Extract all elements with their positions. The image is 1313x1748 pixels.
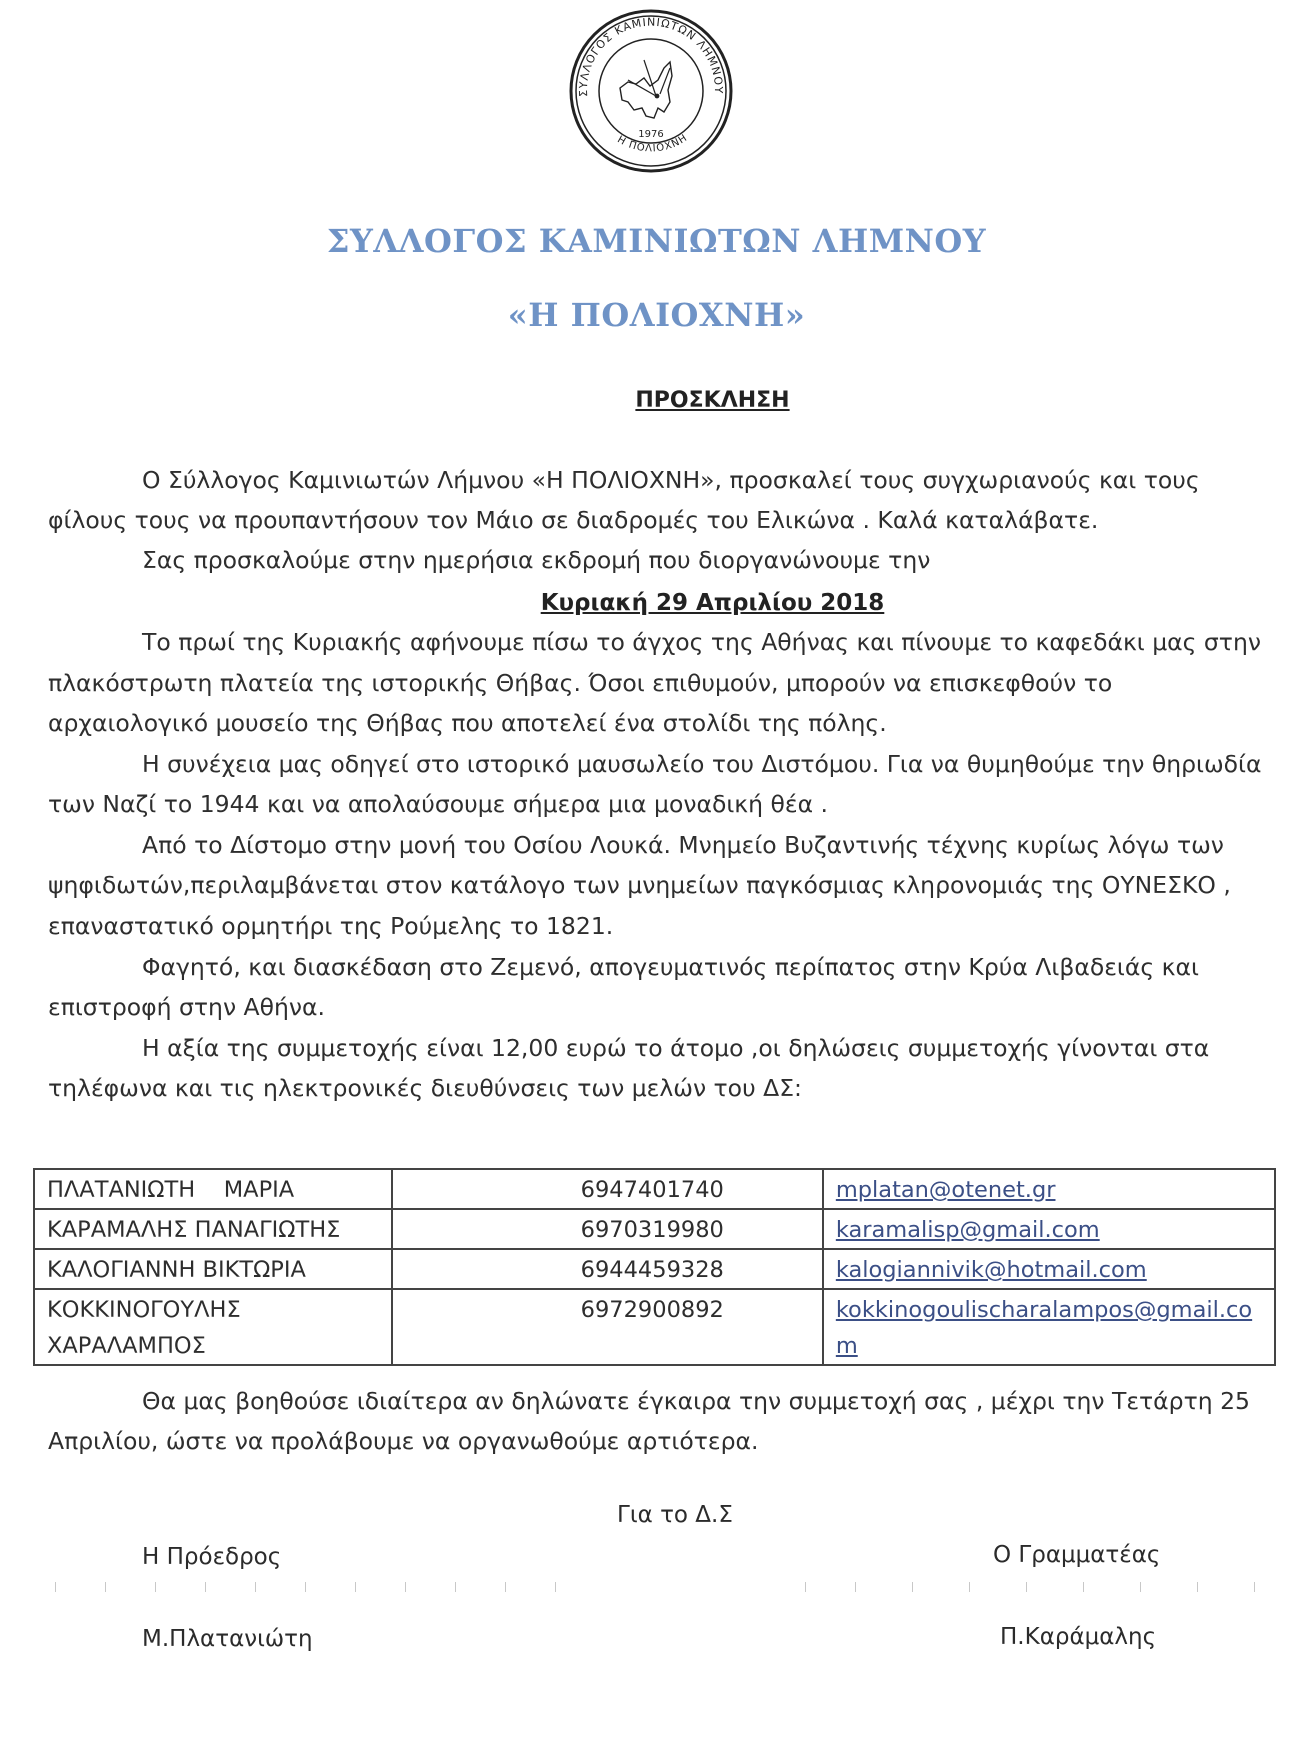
president-name: Μ.Πλατανιώτη: [142, 1626, 313, 1652]
paragraph-line: πλακόστρωτη πλατεία της ιστορικής Θήβας.…: [48, 663, 1112, 704]
paragraph-line: φίλους τους να προυπαντήσουν τον Μάιο σε…: [48, 500, 1098, 541]
paragraph-line: Η συνέχεια μας οδηγεί στο ιστορικό μαυσω…: [142, 744, 1261, 785]
organization-alias: «Η ΠΟΛΙΟΧΝΗ»: [0, 296, 1313, 334]
for-board-label: Για το Δ.Σ: [617, 1502, 733, 1528]
contact-name: ΚΟΚΚΙΝΟΓΟΥΛΗΣ ΧΑΡΑΛΑΜΠΟΣ: [34, 1289, 392, 1365]
contact-email-link[interactable]: karamalisp@gmail.com: [836, 1217, 1100, 1243]
paragraph-line: των Ναζί το 1944 και να απολαύσουμε σήμε…: [48, 784, 828, 825]
table-row: ΚΑΛΟΓΙΑΝΝΗ ΒΙΚΤΩΡΙΑ 6944459328 kalogiann…: [34, 1249, 1275, 1289]
closing-line: Θα μας βοηθούσε ιδιαίτερα αν δηλώνατε έγ…: [142, 1381, 1250, 1422]
scan-artifact-dotted-line: [55, 1582, 1285, 1596]
paragraph-line: τηλέφωνα και τις ηλεκτρονικές διευθύνσει…: [48, 1068, 802, 1109]
table-row: ΚΟΚΚΙΝΟΓΟΥΛΗΣ ΧΑΡΑΛΑΜΠΟΣ 6972900892 kokk…: [34, 1289, 1275, 1365]
contact-phone: 6970319980: [392, 1209, 822, 1249]
paragraph-line: επαναστατικό ορμητήρι της Ρούμελης το 18…: [48, 906, 613, 947]
event-date: Κυριακή 29 Απριλίου 2018: [0, 590, 1313, 616]
paragraph-line: Ο Σύλλογος Καμινιωτών Λήμνου «Η ΠΟΛΙΟΧΝΗ…: [142, 460, 1200, 501]
paragraph-line: αρχαιολογικό μουσείο της Θήβας που αποτε…: [48, 703, 887, 744]
secretary-name: Π.Καράμαλης: [1000, 1624, 1156, 1650]
paragraph-line: ψηφιδωτών,περιλαμβάνεται στον κατάλογο τ…: [48, 865, 1231, 906]
paragraph-line: Από το Δίστομο στην μονή του Οσίου Λουκά…: [142, 825, 1224, 866]
contact-name: ΠΛΑΤΑΝΙΩΤΗ ΜΑΡΙΑ: [34, 1169, 392, 1209]
association-seal-logo: ΣΥΛΛΟΓΟΣ ΚΑΜΙΝΙΩΤΩΝ ΛΗΜΝΟΥ Η ΠΟΛΙΟΧΝΗ 19…: [568, 6, 734, 176]
contact-name: ΚΑΡΑΜΑΛΗΣ ΠΑΝΑΓΙΩΤΗΣ: [34, 1209, 392, 1249]
president-role: Η Πρόεδρος: [142, 1544, 281, 1570]
organization-name: ΣΥΛΛΟΓΟΣ ΚΑΜΙΝΙΩΤΩΝ ΛΗΜΝΟΥ: [0, 222, 1313, 260]
contact-email-link[interactable]: mplatan@otenet.gr: [836, 1177, 1056, 1203]
seal-year: 1976: [638, 129, 663, 140]
paragraph-line: επιστροφή στην Αθήνα.: [48, 987, 325, 1028]
closing-line: Απριλίου, ώστε να προλάβουμε να οργανωθο…: [48, 1421, 758, 1462]
table-row: ΠΛΑΤΑΝΙΩΤΗ ΜΑΡΙΑ 6947401740 mplatan@oten…: [34, 1169, 1275, 1209]
paragraph-line: Η αξία της συμμετοχής είναι 12,00 ευρώ τ…: [142, 1028, 1209, 1069]
paragraph-line: Φαγητό, και διασκέδαση στο Ζεμενό, απογε…: [142, 947, 1199, 988]
paragraph-line: Σας προσκαλούμε στην ημερήσια εκδρομή πο…: [142, 540, 930, 581]
contact-email-link[interactable]: kalogiannivik@hotmail.com: [836, 1257, 1147, 1283]
contact-phone: 6947401740: [392, 1169, 822, 1209]
table-row: ΚΑΡΑΜΑΛΗΣ ΠΑΝΑΓΙΩΤΗΣ 6970319980 karamali…: [34, 1209, 1275, 1249]
contact-name: ΚΑΛΟΓΙΑΝΝΗ ΒΙΚΤΩΡΙΑ: [34, 1249, 392, 1289]
contact-phone: 6944459328: [392, 1249, 822, 1289]
secretary-role: Ο Γραμματέας: [993, 1542, 1160, 1568]
paragraph-line: Το πρωί της Κυριακής αφήνουμε πίσω το άγ…: [142, 622, 1261, 663]
board-contacts-table: ΠΛΑΤΑΝΙΩΤΗ ΜΑΡΙΑ 6947401740 mplatan@oten…: [33, 1168, 1276, 1366]
contact-phone: 6972900892: [392, 1289, 822, 1365]
contact-email-link[interactable]: kokkinogoulischaralampos@gmail.com: [836, 1297, 1252, 1359]
document-title: ΠΡΟΣΚΛΗΣΗ: [0, 388, 1313, 413]
